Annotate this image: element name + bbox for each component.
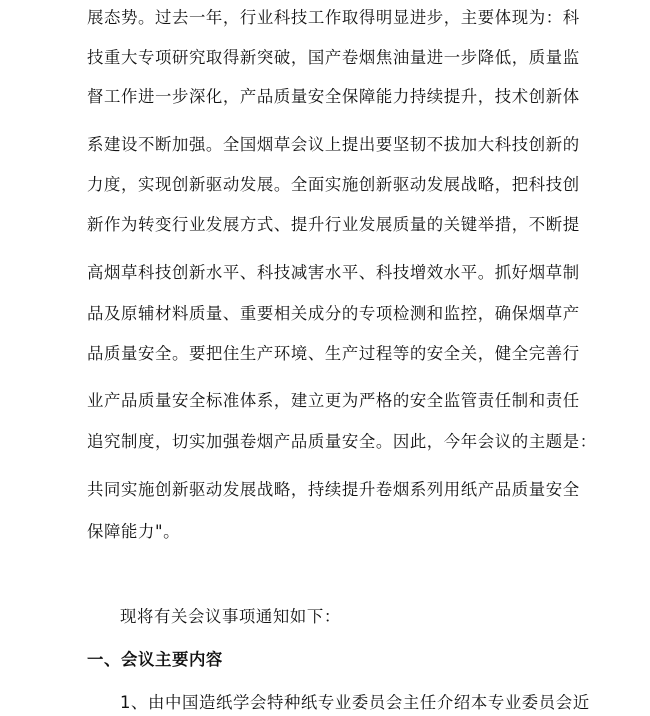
body-line: 业产品质量安全标准体系，建立更为严格的安全监管责任制和责任: [87, 389, 567, 413]
body-line: 展态势。过去一年，行业科技工作取得明显进步，主要体现为：科: [87, 6, 567, 30]
body-line: 新作为转变行业发展方式、提升行业发展质量的关键举措，不断提: [87, 213, 567, 237]
body-line: 系建设不断加强。全国烟草会议上提出要坚韧不拔加大科技创新的: [87, 133, 567, 157]
notice-intro: 现将有关会议事项通知如下：: [120, 605, 600, 629]
body-line: 品及原辅材料质量、重要相关成分的专项检测和监控，确保烟草产: [87, 302, 567, 326]
body-line: 技重大专项研究取得新突破，国产卷烟焦油量进一步降低，质量监: [87, 46, 567, 70]
section-heading: 一、会议主要内容: [87, 648, 567, 672]
body-line: 品质量安全。要把住生产环境、生产过程等的安全关，健全完善行: [87, 342, 567, 366]
body-line: 高烟草科技创新水平、科技减害水平、科技增效水平。抓好烟草制: [87, 261, 567, 285]
body-line: 共同实施创新驱动发展战略，持续提升卷烟系列用纸产品质量安全: [87, 478, 567, 502]
body-line: 力度，实现创新驱动发展。全面实施创新驱动发展战略，把科技创: [87, 173, 567, 197]
body-line: 追究制度，切实加强卷烟产品质量安全。因此，今年会议的主题是：: [87, 430, 567, 454]
list-item: 1、由中国造纸学会特种纸专业委员会主任介绍本专业委员会近: [120, 691, 600, 715]
document-page: 展态势。过去一年，行业科技工作取得明显进步，主要体现为：科 技重大专项研究取得新…: [0, 0, 650, 716]
body-line: 保障能力"。: [87, 520, 567, 544]
body-line: 督工作进一步深化，产品质量安全保障能力持续提升，技术创新体: [87, 85, 567, 109]
